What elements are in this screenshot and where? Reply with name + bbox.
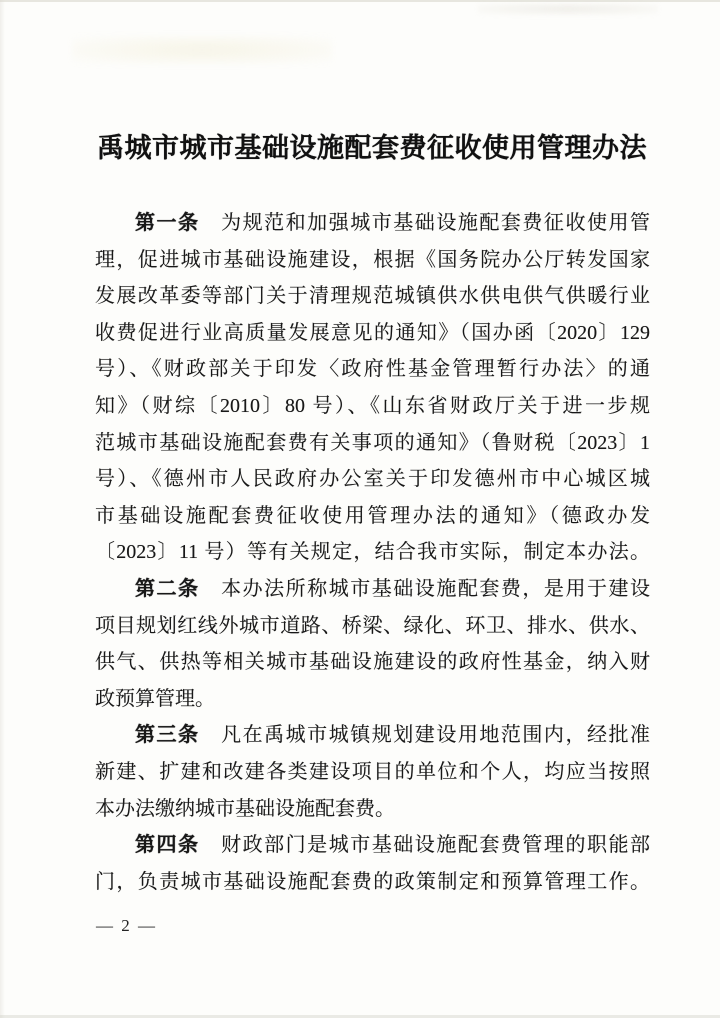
- document-body: 第一条 为规范和加强城市基础设施配套费征收使用管理，促进城市基础设施建设，根据《…: [95, 205, 650, 900]
- body-line: 项目规划红线外城市道路、桥梁、绿化、环卫、排水、供水、: [95, 608, 650, 645]
- body-line: 知》（财综〔2010〕80 号）、《山东省财政厅关于进一步规: [95, 388, 650, 425]
- body-line: 号）、《财政部关于印发〈政府性基金管理暂行办法〉的通: [95, 351, 650, 388]
- article-number-label: 第一条: [135, 212, 200, 234]
- body-line: 第一条 为规范和加强城市基础设施配套费征收使用管: [95, 205, 650, 242]
- scanned-document-page: 禹城市城市基础设施配套费征收使用管理办法 第一条 为规范和加强城市基础设施配套费…: [0, 0, 720, 1018]
- body-line: 政预算管理。: [95, 681, 650, 718]
- body-line: 门，负责城市基础设施配套费的政策制定和预算管理工作。: [95, 864, 650, 901]
- body-line: 号）、《德州市人民政府办公室关于印发德州市中心城区城: [95, 461, 650, 498]
- document-title: 禹城市城市基础设施配套费征收使用管理办法: [92, 126, 652, 165]
- body-line: 本办法缴纳城市基础设施配套费。: [95, 791, 650, 828]
- body-line: 理，促进城市基础设施建设，根据《国务院办公厅转发国家: [95, 242, 650, 279]
- body-line: 第四条 财政部门是城市基础设施配套费管理的职能部: [95, 827, 650, 864]
- body-line: 发展改革委等部门关于清理规范城镇供水供电供气供暖行业: [95, 278, 650, 315]
- article-number-label: 第二条: [135, 578, 200, 600]
- body-line: 第二条 本办法所称城市基础设施配套费，是用于建设: [95, 571, 650, 608]
- scan-smudge: [478, 3, 658, 15]
- scan-edge-left: [0, 0, 5, 1018]
- page-number-footer: — 2 —: [96, 916, 157, 936]
- scan-smudge: [72, 36, 332, 64]
- body-line: 市基础设施配套费征收使用管理办法的通知》（德政办发: [95, 498, 650, 535]
- body-line: 范城市基础设施配套费有关事项的通知》（鲁财税〔2023〕1: [95, 425, 650, 462]
- scan-edge-top: [0, 0, 720, 2]
- body-line: 收费促进行业高质量发展意见的通知》（国办函〔2020〕129: [95, 315, 650, 352]
- body-line: 〔2023〕11 号）等有关规定，结合我市实际，制定本办法。: [95, 534, 650, 571]
- body-line: 第三条 凡在禹城市城镇规划建设用地范围内，经批准: [95, 717, 650, 754]
- article-number-label: 第四条: [135, 834, 200, 856]
- body-line: 供气、供热等相关城市基础设施建设的政府性基金，纳入财: [95, 644, 650, 681]
- body-line: 新建、扩建和改建各类建设项目的单位和个人，均应当按照: [95, 754, 650, 791]
- article-number-label: 第三条: [135, 724, 200, 746]
